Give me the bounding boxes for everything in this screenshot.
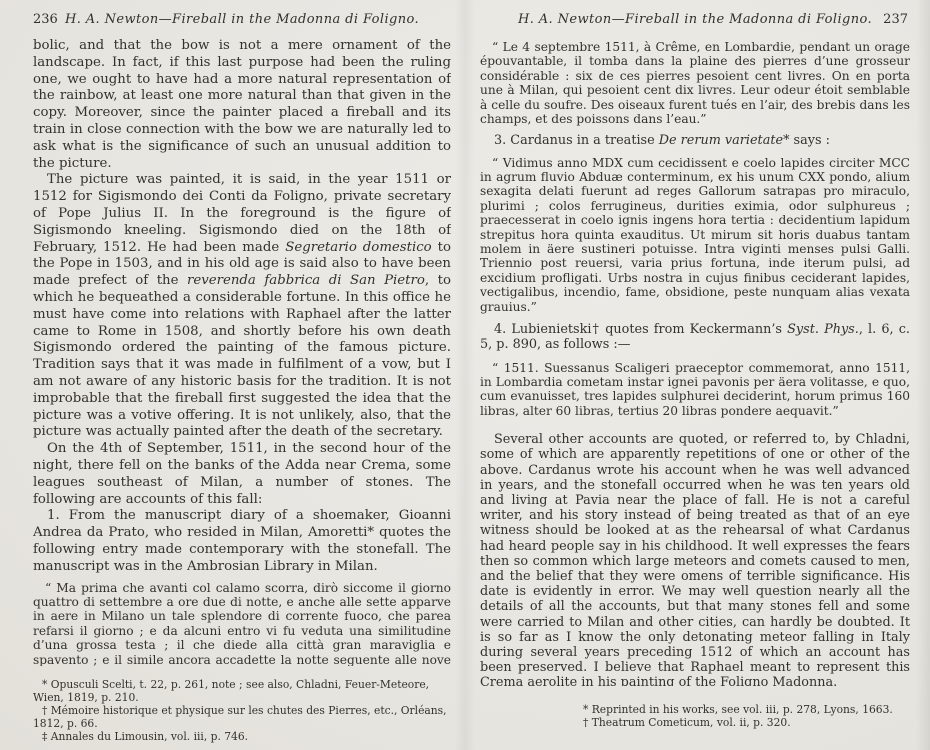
paragraph: Several other accounts are quoted, or re…: [480, 432, 910, 686]
paragraph: 1. From the manuscript diary of a shoema…: [33, 508, 451, 575]
page-body: “ Le 4 septembre 1511, à Crême, en Lomba…: [480, 38, 910, 686]
footnotes: * Opusculi Scelti, t. 22, p. 261, note ;…: [33, 678, 449, 743]
text-segment: De rerum varietate: [659, 133, 783, 148]
blockquote-latin: “ Vidimus anno MDX cum cecidissent e coe…: [480, 156, 910, 314]
text-segment: 1. From the manuscript diary of a shoema…: [33, 508, 451, 573]
right-page: H. A. Newton—Fireball in the Madonna di …: [465, 0, 930, 750]
left-page: 236 H. A. Newton—Fireball in the Madonna…: [0, 0, 465, 750]
blockquote-italian: “ Ma prima che avanti col calamo scorra,…: [33, 581, 451, 667]
text-segment: On the 4th of September, 1511, in the se…: [33, 441, 451, 506]
footnote: * Reprinted in his works, see vol. iii, …: [583, 703, 910, 716]
text-segment: Segretario domestico: [285, 240, 431, 255]
text-segment: “ 1511. Suessanus Scaligeri praeceptor c…: [480, 361, 910, 418]
text-segment: “ Ma prima che avanti col calamo scorra,…: [33, 581, 451, 667]
running-head: H. A. Newton—Fireball in the Madonna di …: [480, 12, 910, 31]
text-segment: “ Le 4 septembre 1511, à Crême, en Lomba…: [480, 40, 910, 126]
text-segment: , to which he bequeathed a considerable …: [33, 273, 451, 439]
text-segment: * says :: [783, 133, 830, 148]
text-segment: reverenda fabbrica di San Pietro: [187, 273, 425, 288]
blockquote-french: “ Le 4 septembre 1511, à Crême, en Lomba…: [480, 40, 910, 126]
footnote: † Mémoire historique et physique sur les…: [33, 704, 449, 730]
paragraph: bolic, and that the bow is not a mere or…: [33, 38, 451, 172]
running-header-title: H. A. Newton—Fireball in the Madonna di …: [480, 12, 910, 27]
paragraph: On the 4th of September, 1511, in the se…: [33, 441, 451, 508]
text-segment: 4. Lubienietski† quotes from Keckermann’…: [494, 322, 787, 337]
footnote: * Opusculi Scelti, t. 22, p. 261, note ;…: [33, 678, 449, 704]
text-segment: bolic, and that the bow is not a mere or…: [33, 38, 451, 171]
paragraph: 3. Cardanus in a treatise De rerum varie…: [480, 133, 910, 148]
paragraph: The picture was painted, it is said, in …: [33, 172, 451, 441]
footnote: ‡ Annales du Limousin, vol. iii, p. 746.: [33, 730, 449, 743]
book-spread: 236 H. A. Newton—Fireball in the Madonna…: [0, 0, 930, 750]
text-segment: 3. Cardanus in a treatise: [494, 133, 659, 148]
running-header-title: H. A. Newton—Fireball in the Madonna di …: [33, 12, 451, 27]
running-head: 236 H. A. Newton—Fireball in the Madonna…: [33, 12, 451, 31]
text-segment: Syst. Phys.: [787, 322, 859, 337]
text-segment: Several other accounts are quoted, or re…: [480, 432, 910, 686]
page-number: 237: [883, 12, 908, 27]
text-segment: “ Vidimus anno MDX cum cecidissent e coe…: [480, 156, 910, 314]
paragraph: 4. Lubienietski† quotes from Keckermann’…: [480, 322, 910, 352]
blockquote-latin: “ 1511. Suessanus Scaligeri praeceptor c…: [480, 361, 910, 419]
page-number: 236: [33, 12, 58, 27]
footnote: † Theatrum Cometicum, vol. ii, p. 320.: [583, 716, 910, 729]
footnotes: * Reprinted in his works, see vol. iii, …: [583, 703, 910, 729]
page-body: bolic, and that the bow is not a mere or…: [33, 38, 451, 666]
